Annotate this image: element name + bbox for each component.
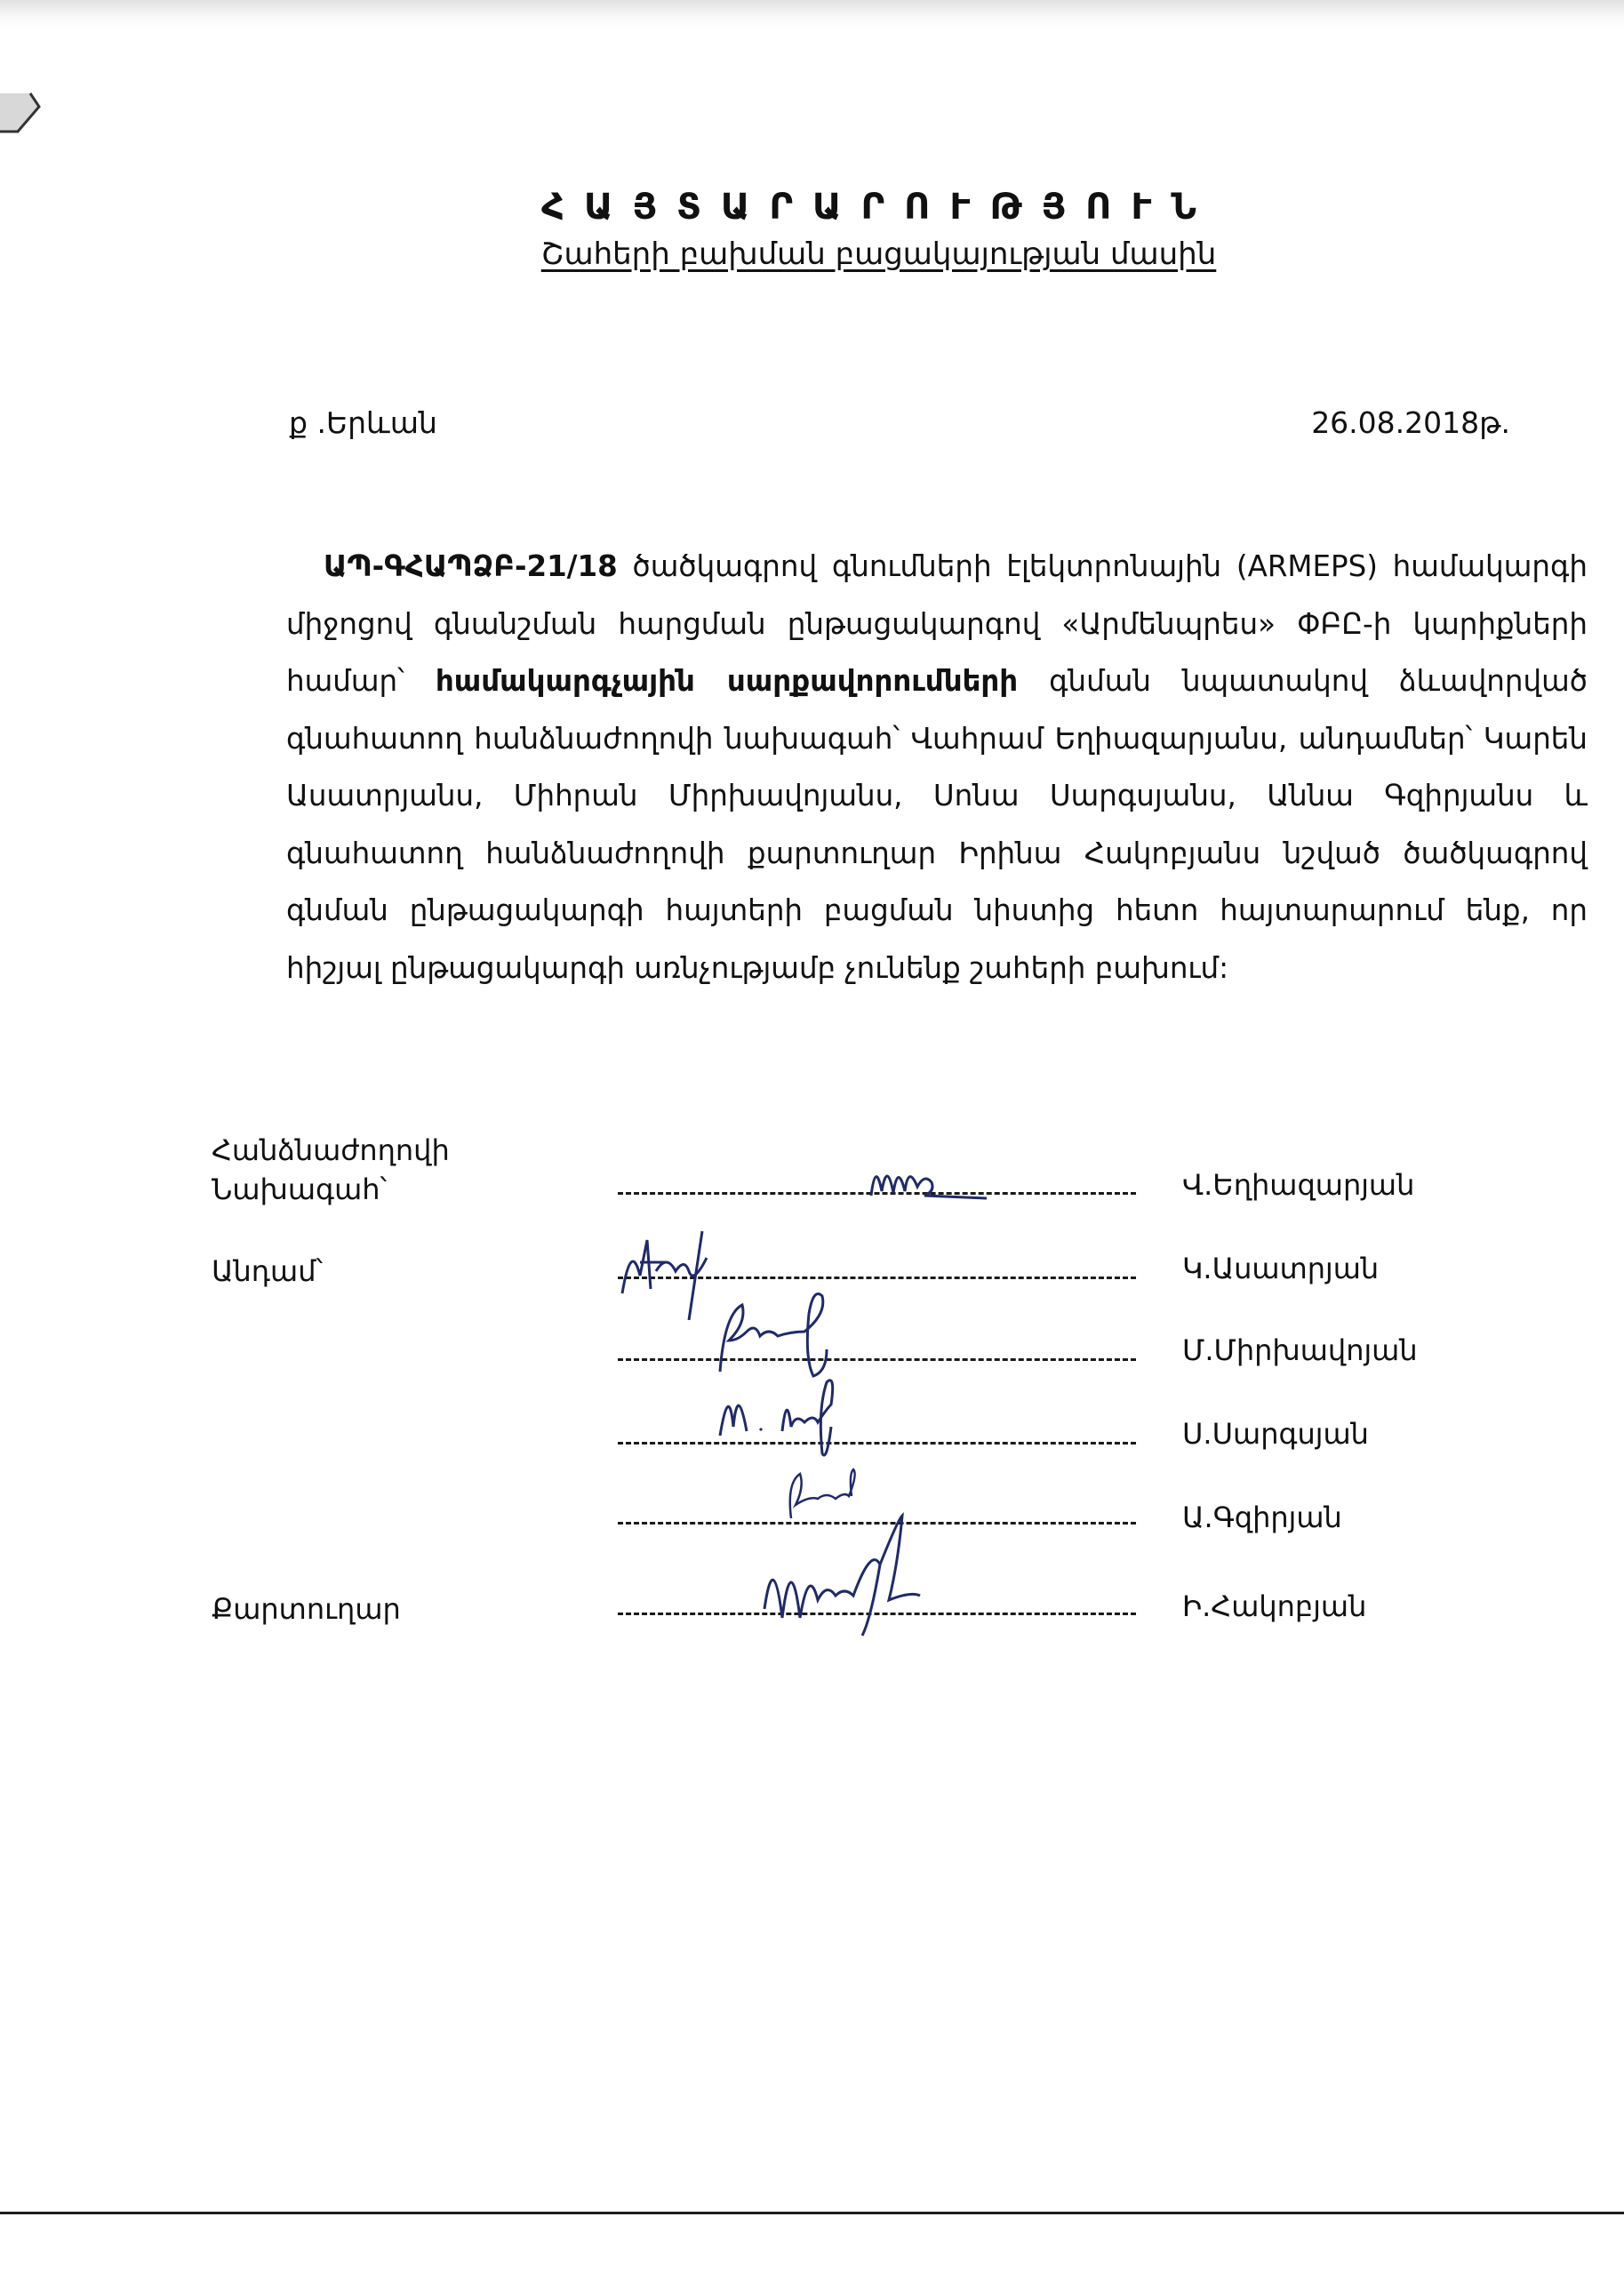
document-title: ՀԱՅՏԱՐԱՐՈՒԹՅՈՒՆ <box>0 187 1624 228</box>
declaration-body: ԱՊ-ԳՀԱՊՁԲ-21/18 ծածկագրով գնումների էլեկ… <box>286 538 1588 996</box>
signature-row-member-2: Մ.Միրխավոյան <box>0 1333 1624 1387</box>
signature-line <box>618 1192 1136 1195</box>
signature-role: Քարտուղար <box>212 1589 401 1629</box>
signatory-name: Վ.Եղիազարյան <box>1182 1168 1414 1202</box>
signature-role: Հանձնաժողովի Նախագահ՝ <box>212 1131 450 1209</box>
signature-line <box>618 1442 1136 1445</box>
signatory-name: Ա.Գզիրյան <box>1182 1501 1342 1534</box>
signatory-name: Ի.Հակոբյան <box>1182 1589 1366 1623</box>
signature-row-member-3: Ս.Սարգսյան <box>0 1417 1624 1470</box>
signature-line <box>618 1522 1136 1525</box>
signature-role: Անդամ՝ <box>212 1252 323 1291</box>
signatory-name: Ս.Սարգսյան <box>1182 1417 1369 1451</box>
signature-line <box>618 1358 1136 1361</box>
staple-mark-icon <box>0 89 41 139</box>
signature-row-chairman: Հանձնաժողովի Նախագահ՝ Վ.Եղիազարյան <box>0 1131 1624 1184</box>
signature-line <box>618 1613 1136 1615</box>
signatory-name: Մ.Միրխավոյան <box>1182 1333 1418 1367</box>
scan-shadow-top <box>0 0 1624 28</box>
body-part-2: գնման նպատակով ձևավորված գնահատող հանձնա… <box>286 664 1588 985</box>
signature-line <box>618 1277 1136 1279</box>
signature-row-member-1: Անդամ՝ Կ.Ասատրյան <box>0 1252 1624 1305</box>
procurement-code: ԱՊ-ԳՀԱՊՁԲ-21/18 <box>324 549 618 583</box>
signature-row-member-4: Ա.Գզիրյան <box>0 1501 1624 1554</box>
procured-item: համակարգչային սարքավորումների <box>436 664 1018 698</box>
signatory-name: Կ.Ասատրյան <box>1182 1252 1379 1285</box>
document-date: 26.08.2018թ. <box>1311 405 1510 440</box>
document-subtitle: Շահերի բախման բացակայության մասին <box>0 236 1624 272</box>
city-label: ք .Երևան <box>289 405 437 440</box>
signature-row-secretary: Քարտուղար Ի.Հակոբյան <box>0 1589 1624 1643</box>
page-edge-line <box>0 2212 1624 2214</box>
